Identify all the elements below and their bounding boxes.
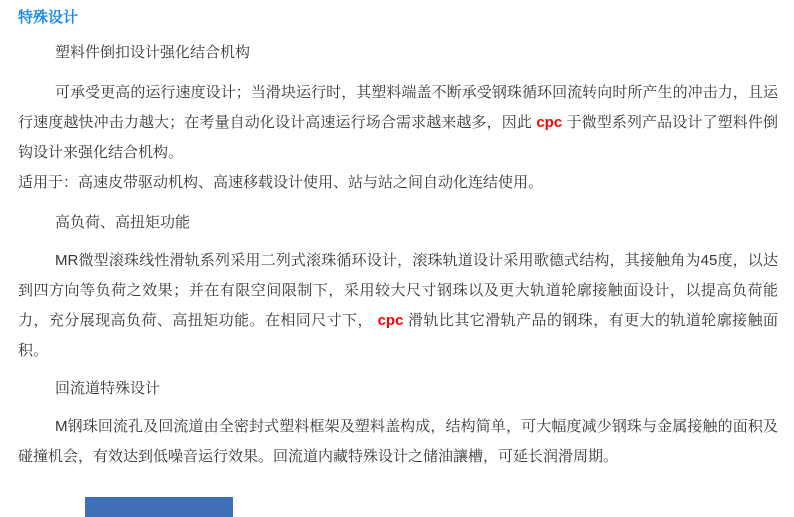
partial-blue-banner <box>85 497 233 517</box>
section-high-load-torque: 高负荷、高扭矩功能 MR微型滚珠线性滑轨系列采用二列式滚珠循环设计，滚珠轨道设计… <box>18 208 778 366</box>
page-title: 特殊设计 <box>18 8 778 28</box>
subheading-plastic-hook: 塑料件倒扣设计强化结合机构 <box>18 38 778 68</box>
section-plastic-hook-design: 塑料件倒扣设计强化结合机构 可承受更高的运行速度设计；当滑块运行时，其塑料端盖不… <box>18 38 778 198</box>
brand-cpc: cpc <box>536 114 562 131</box>
brand-cpc: cpc <box>378 312 404 329</box>
subheading-recirculation-channel: 回流道特殊设计 <box>18 374 778 404</box>
document-content: 特殊设计 塑料件倒扣设计强化结合机构 可承受更高的运行速度设计；当滑块运行时，其… <box>0 8 794 472</box>
document-page: 特殊设计 塑料件倒扣设计强化结合机构 可承受更高的运行速度设计；当滑块运行时，其… <box>0 0 794 517</box>
paragraph-plastic-hook: 可承受更高的运行速度设计；当滑块运行时，其塑料端盖不断承受钢珠循环回流转向时所产… <box>18 78 778 168</box>
applicable-uses-line: 适用于：高速皮带驱动机构、高速移载设计使用、站与站之间自动化连结使用。 <box>18 168 778 198</box>
subheading-high-load-torque: 高负荷、高扭矩功能 <box>18 208 778 238</box>
section-recirculation-channel: 回流道特殊设计 M钢珠回流孔及回流道由全密封式塑料框架及塑料盖构成，结构简单，可… <box>18 374 778 472</box>
paragraph-high-load-torque: MR微型滚珠线性滑轨系列采用二列式滚珠循环设计，滚珠轨道设计采用歌德式结构，其接… <box>18 246 778 366</box>
paragraph-recirculation-channel: M钢珠回流孔及回流道由全密封式塑料框架及塑料盖构成，结构简单，可大幅度减少钢珠与… <box>18 412 778 472</box>
